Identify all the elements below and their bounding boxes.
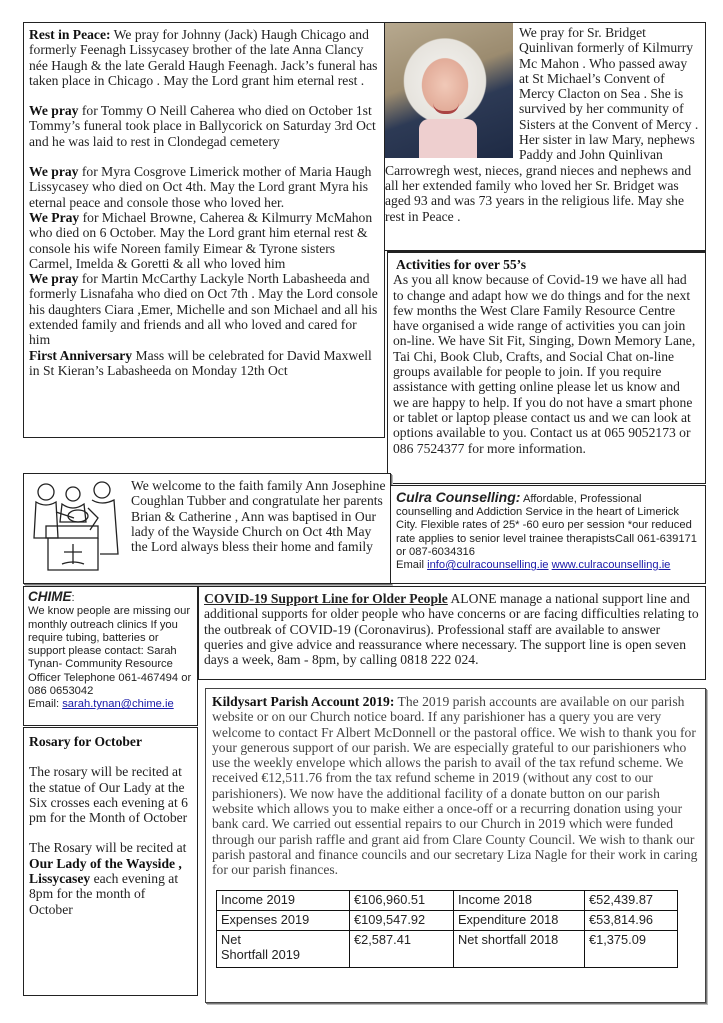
activities-over-55-notice: Activities for over 55’s As you all know… bbox=[387, 251, 706, 484]
chime-email-link[interactable]: sarah.tynan@chime.ie bbox=[62, 698, 173, 710]
rosary-para-1: The rosary will be recited at the statue… bbox=[29, 764, 192, 825]
table-cell: €109,547.92 bbox=[350, 910, 454, 930]
sr-bridget-notice: We pray for Sr. Bridget Quinlivan former… bbox=[385, 22, 706, 251]
table-cell: €106,960.51 bbox=[350, 890, 454, 910]
table-cell: Income 2019 bbox=[217, 890, 350, 910]
table-cell: €1,375.09 bbox=[585, 930, 678, 967]
rip-paragraph: We pray for Tommy O Neill Caherea who di… bbox=[29, 103, 379, 149]
rosary-title: Rosary for October bbox=[29, 734, 142, 749]
culra-counselling-notice: Culra Counselling: Affordable, Professio… bbox=[390, 485, 706, 584]
rip-paragraph: We pray for Martin McCarthy Lackyle Nort… bbox=[29, 271, 379, 347]
table-cell: Net shortfall 2018 bbox=[454, 930, 585, 967]
rip-paragraph: We Pray for Michael Browne, Caherea & Ki… bbox=[29, 210, 379, 271]
chime-notice: CHIME: We know people are missing our mo… bbox=[23, 586, 198, 726]
rosary-notice: Rosary for October The rosary will be re… bbox=[23, 727, 198, 996]
table-cell: Income 2018 bbox=[454, 890, 585, 910]
chime-title: CHIME bbox=[28, 589, 72, 604]
table-row: Income 2019 €106,960.51 Income 2018 €52,… bbox=[217, 890, 678, 910]
chime-text: We know people are missing our monthly o… bbox=[28, 605, 191, 697]
collar-shape bbox=[419, 119, 477, 158]
table-cell: Expenses 2019 bbox=[217, 910, 350, 930]
culra-title: Culra Counselling: bbox=[396, 489, 520, 505]
kildysart-parish-account-notice: Kildysart Parish Account 2019: The 2019 … bbox=[205, 688, 706, 1003]
baptism-notice: We welcome to the faith family Ann Josep… bbox=[23, 473, 391, 584]
covid-title: COVID-19 Support Line for Older People bbox=[204, 591, 448, 606]
table-cell: Net Shortfall 2019 bbox=[217, 930, 350, 967]
activities-text: As you all know because of Covid-19 we h… bbox=[393, 272, 699, 456]
kildysart-title: Kildysart Parish Account 2019: bbox=[212, 694, 394, 709]
rosary-para-2: The Rosary will be recited at Our Lady o… bbox=[29, 840, 192, 916]
sr-bridget-photo bbox=[385, 23, 513, 158]
table-row: Expenses 2019 €109,547.92 Expenditure 20… bbox=[217, 910, 678, 930]
table-cell: €52,439.87 bbox=[585, 890, 678, 910]
rip-paragraph: We pray for Myra Cosgrove Limerick mothe… bbox=[29, 164, 379, 210]
rest-in-peace-notice: Rest in Peace: We pray for Johnny (Jack)… bbox=[23, 22, 385, 438]
table-cell: €53,814.96 bbox=[585, 910, 678, 930]
baptism-illustration-icon bbox=[28, 478, 123, 574]
kildysart-text: Kildysart Parish Account 2019: The 2019 … bbox=[212, 694, 699, 878]
smile-shape bbox=[433, 103, 459, 114]
covid-support-notice: COVID-19 Support Line for Older People A… bbox=[198, 586, 706, 680]
rip-paragraph: Rest in Peace: We pray for Johnny (Jack)… bbox=[29, 27, 379, 88]
culra-website-link[interactable]: www.culracounselling.ie bbox=[552, 559, 671, 571]
table-cell: €2,587.41 bbox=[350, 930, 454, 967]
table-cell: Expenditure 2018 bbox=[454, 910, 585, 930]
rip-paragraph: First Anniversary Mass will be celebrate… bbox=[29, 348, 379, 379]
activities-title: Activities for over 55’s bbox=[396, 257, 526, 272]
table-row: Net Shortfall 2019 €2,587.41 Net shortfa… bbox=[217, 930, 678, 967]
culra-email-link[interactable]: info@culracounselling.ie bbox=[427, 559, 548, 571]
parish-accounts-table: Income 2019 €106,960.51 Income 2018 €52,… bbox=[216, 890, 678, 968]
